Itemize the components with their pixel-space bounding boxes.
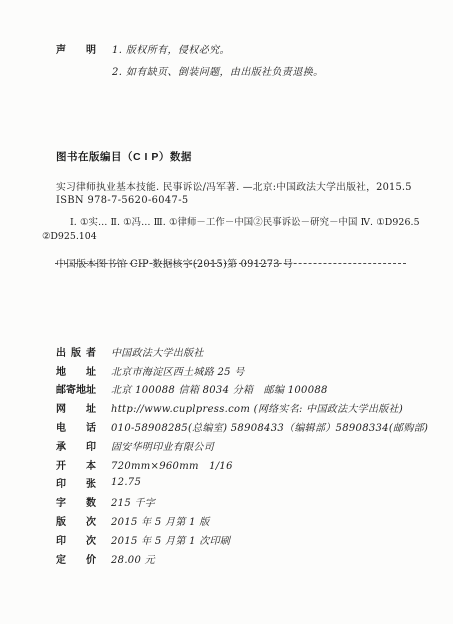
colophon-row: 字数215 千字 bbox=[56, 492, 443, 511]
colophon-row-label: 电话 bbox=[56, 419, 96, 434]
colophon-row-label: 开本 bbox=[56, 457, 96, 472]
colophon-row-label: 印张 bbox=[56, 475, 96, 490]
colophon-row-value: 28.00 元 bbox=[111, 551, 155, 566]
colophon-row-value: http://www.cuplpress.com (网络实名: 中国政法大学出版… bbox=[111, 400, 403, 415]
colophon-row-value: 215 千字 bbox=[111, 494, 155, 509]
colophon-row-value: 2015 年 5 月第 1 版 bbox=[111, 513, 210, 528]
notice-item: 2. 如有缺页、倒装问题，由出版社负责退换。 bbox=[112, 62, 324, 84]
notice-item: 1. 版权所有，侵权必究。 bbox=[112, 40, 324, 62]
cip-classification-line1: Ⅰ. ①实… Ⅱ. ①冯… Ⅲ. ①律师－工作－中国②民事诉讼－研究－中国 Ⅳ.… bbox=[42, 216, 427, 230]
colophon-row-label: 网址 bbox=[56, 400, 96, 415]
colophon-row-value: 北京市海淀区西土城路 25 号 bbox=[111, 363, 245, 378]
colophon-row-label: 字数 bbox=[56, 494, 96, 509]
book-copyright-page: 声明 1. 版权所有，侵权必究。2. 如有缺页、倒装问题，由出版社负责退换。 图… bbox=[0, 0, 453, 624]
cip-title: 图书在版编目（C I P）数据 bbox=[56, 149, 427, 164]
colophon-row: 承印固安华明印业有限公司 bbox=[56, 436, 443, 455]
notice-label: 声明 bbox=[56, 40, 96, 62]
colophon-row: 印张12.75 bbox=[56, 474, 443, 493]
colophon-row-label: 印次 bbox=[56, 532, 96, 547]
cip-isbn: ISBN 978-7-5620-6047-5 bbox=[56, 194, 427, 207]
colophon-row: 出版者中国政法大学出版社 bbox=[56, 342, 443, 361]
colophon-row: 定价28.00 元 bbox=[56, 549, 443, 568]
colophon-row-label: 地址 bbox=[56, 363, 96, 378]
cip-classification-line2: ②D925.104 bbox=[42, 230, 427, 244]
colophon-row-value: 010-58908285(总编室) 58908433（编辑部）58908334(… bbox=[111, 419, 428, 434]
colophon-row-value: 12.75 bbox=[111, 477, 141, 488]
dashed-divider bbox=[55, 263, 406, 264]
notice-items: 1. 版权所有，侵权必究。2. 如有缺页、倒装问题，由出版社负责退换。 bbox=[112, 40, 324, 84]
colophon-row-value: 北京 100088 信箱 8034 分箱 邮编 100088 bbox=[111, 381, 328, 396]
notice-block: 声明 1. 版权所有，侵权必究。2. 如有缺页、倒装问题，由出版社负责退换。 bbox=[56, 40, 425, 84]
colophon-row-value: 中国政法大学出版社 bbox=[111, 344, 204, 359]
colophon-row-value: 720mm×960mm 1/16 bbox=[111, 457, 233, 472]
colophon-row: 开本720mm×960mm 1/16 bbox=[56, 455, 443, 474]
colophon-row-label: 出版者 bbox=[56, 344, 96, 359]
colophon-row-label: 版次 bbox=[56, 513, 96, 528]
colophon-row-label: 邮寄地址 bbox=[56, 381, 96, 396]
cip-description: 实习律师执业基本技能. 民事诉讼/冯军著. —北京:中国政法大学出版社，2015… bbox=[56, 181, 427, 194]
colophon-row-value: 2015 年 5 月第 1 次印刷 bbox=[111, 532, 230, 547]
colophon-row: 电话010-58908285(总编室) 58908433（编辑部）5890833… bbox=[56, 417, 443, 436]
colophon-row: 版次2015 年 5 月第 1 版 bbox=[56, 511, 443, 530]
colophon-table: 出版者中国政法大学出版社地址北京市海淀区西土城路 25 号邮寄地址北京 1000… bbox=[56, 342, 443, 568]
cip-block: 图书在版编目（C I P）数据 实习律师执业基本技能. 民事诉讼/冯军著. —北… bbox=[56, 149, 427, 270]
colophon-row: 邮寄地址北京 100088 信箱 8034 分箱 邮编 100088 bbox=[56, 380, 443, 399]
colophon-row-label: 承印 bbox=[56, 438, 96, 453]
colophon-row: 地址北京市海淀区西土城路 25 号 bbox=[56, 361, 443, 380]
colophon-row: 印次2015 年 5 月第 1 次印刷 bbox=[56, 530, 443, 549]
colophon-row: 网址http://www.cuplpress.com (网络实名: 中国政法大学… bbox=[56, 398, 443, 417]
colophon-row-value: 固安华明印业有限公司 bbox=[111, 438, 214, 453]
colophon-row-label: 定价 bbox=[56, 551, 96, 566]
